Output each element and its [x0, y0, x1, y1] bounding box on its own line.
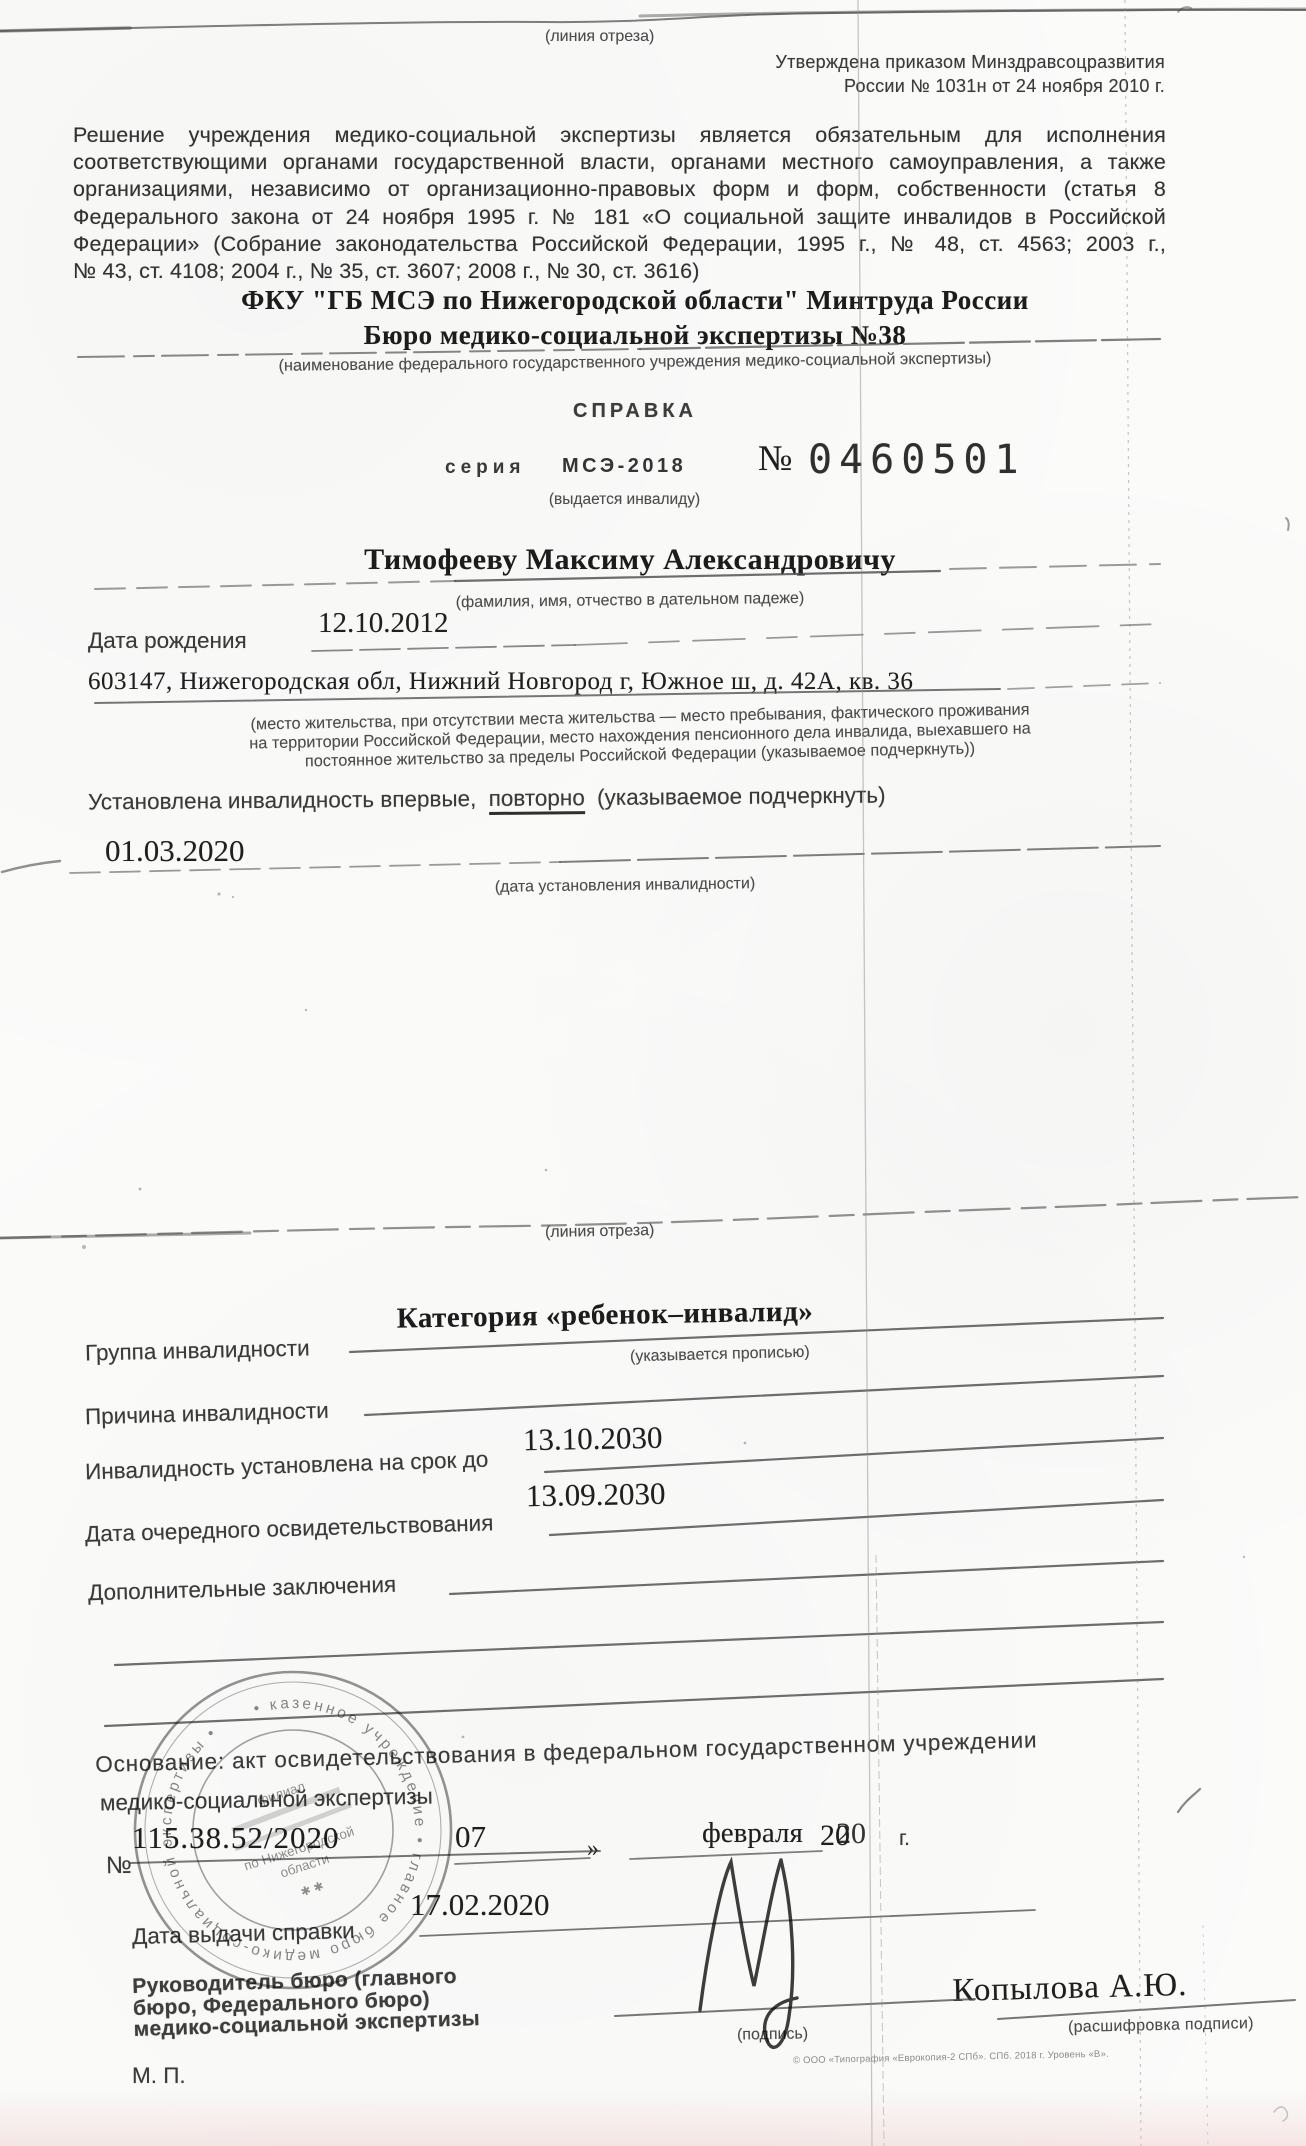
scan-specks [82, 892, 1245, 1738]
crease-line [858, 0, 872, 2146]
fold-line [1125, 0, 1141, 2146]
cut-line-top [0, 10, 1306, 31]
cut-line-mid [0, 1197, 1306, 1238]
scan-artifacts-layer [0, 0, 1306, 2146]
scanned-certificate-page: (линия отреза) Утверждена приказом Минзд… [0, 0, 1306, 2146]
scan-bottom-tint [0, 2088, 1306, 2146]
pen-mark [1178, 1789, 1200, 1812]
